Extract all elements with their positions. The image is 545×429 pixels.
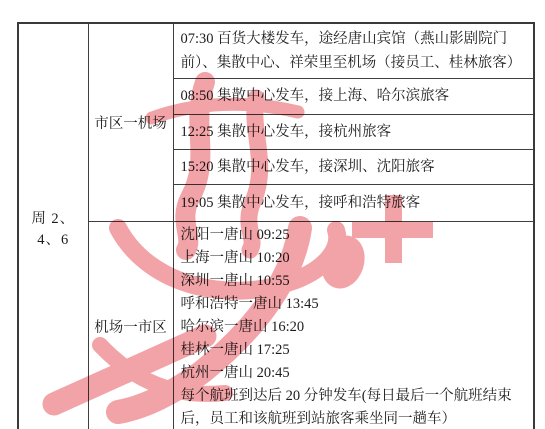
departure-0730-cell: 07:30 百货大楼发车，途经唐山宾馆（燕山影剧院门前）、集散中心、祥荣里至机场…	[173, 23, 534, 78]
arrivals-cell: 沈阳一唐山 09:25 上海一唐山 10:20 深圳一唐山 10:55 呼和浩特…	[173, 221, 534, 429]
table-row: 机场一市区 沈阳一唐山 09:25 上海一唐山 10:20 深圳一唐山 10:5…	[18, 221, 534, 429]
direction-airport-to-city-cell: 机场一市区	[88, 221, 173, 429]
arrival-line-guilin: 桂林一唐山 17:25	[181, 339, 528, 362]
note-text: 每个航班到达后 20 分钟发车(每日最后一个航班结束后，员工和该航班到站旅客乘坐…	[181, 385, 528, 429]
arrival-line-hangzhou: 杭州一唐山 20:45	[181, 362, 528, 385]
arrival-line-shenyang: 沈阳一唐山 09:25	[181, 224, 528, 247]
day-of-week-cell: 周 2、4、6	[18, 23, 88, 429]
table-row: 周 2、4、6 市区一机场 07:30 百货大楼发车，途经唐山宾馆（燕山影剧院门…	[18, 23, 534, 78]
direction-city-to-airport-cell: 市区一机场	[88, 23, 173, 221]
departure-1225-cell: 12:25 集散中心发车，接杭州旅客	[173, 114, 534, 149]
arrival-line-hohhot: 呼和浩特一唐山 13:45	[181, 293, 528, 316]
departure-1905-cell: 19:05 集散中心发车，接呼和浩特旅客	[173, 184, 534, 221]
arrival-line-shanghai: 上海一唐山 10:20	[181, 247, 528, 270]
arrival-line-harbin: 哈尔滨一唐山 16:20	[181, 316, 528, 339]
page: 周 2、4、6 市区一机场 07:30 百货大楼发车，途经唐山宾馆（燕山影剧院门…	[0, 0, 545, 429]
shuttle-schedule-table: 周 2、4、6 市区一机场 07:30 百货大楼发车，途经唐山宾馆（燕山影剧院门…	[17, 22, 535, 429]
departure-0850-cell: 08:50 集散中心发车，接上海、哈尔滨旅客	[173, 78, 534, 114]
arrival-line-shenzhen: 深圳一唐山 10:55	[181, 270, 528, 293]
departure-1520-cell: 15:20 集散中心发车，接深圳、沈阳旅客	[173, 149, 534, 184]
